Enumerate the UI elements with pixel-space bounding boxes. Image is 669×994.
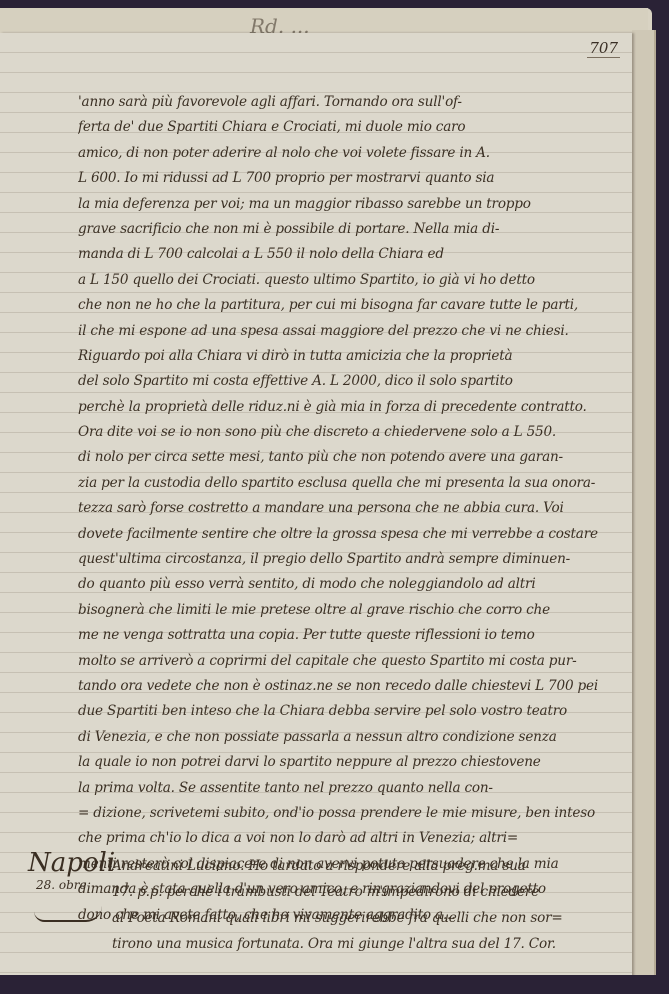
text-line: di Venezia, e che non possiate passarla … — [78, 725, 634, 750]
text-line: molto se arriverò a coprirmi del capital… — [78, 649, 634, 674]
text-line: la mia deferenza per voi; ma un maggior … — [78, 192, 634, 217]
text-line: due Spartiti ben inteso che la Chiara de… — [78, 699, 634, 724]
text-line: Andreatini Luciano. Ho tardato a rispond… — [112, 853, 632, 879]
text-line: tezza sarò forse costretto a mandare una… — [78, 496, 634, 521]
stacked-page-edges — [632, 30, 656, 980]
text-line: la prima volta. Se assentite tanto nel p… — [78, 776, 634, 801]
text-line: zia per la custodia dello spartito esclu… — [78, 471, 634, 496]
new-entry-body: Andreatini Luciano. Ho tardato a rispond… — [112, 853, 632, 957]
text-line: la quale io non potrei darvi lo spartito… — [78, 750, 634, 775]
text-line: bisognerà che limiti le mie pretese oltr… — [78, 598, 634, 623]
text-line: amico, di non poter aderire al nolo che … — [78, 141, 634, 166]
text-line: del solo Spartito mi costa effettive A. … — [78, 369, 634, 394]
flourish-underline — [34, 906, 102, 922]
entry-place: Napoli — [28, 848, 115, 878]
text-line: Ora dite voi se io non sono più che disc… — [78, 420, 634, 445]
text-line: che prima ch'io lo dica a voi non lo dar… — [78, 826, 634, 851]
text-line: grave sacrificio che non mi è possibile … — [78, 217, 634, 242]
text-line: dovete facilmente sentire che oltre la g… — [78, 522, 634, 547]
text-line: il che mi espone ad una spesa assai magg… — [78, 319, 634, 344]
letter-body: 'anno sarà più favorevole agli affari. T… — [78, 90, 634, 928]
text-line: ferta de' due Spartiti Chiara e Crociati… — [78, 115, 634, 140]
page-number: 707 — [587, 39, 620, 58]
text-line: di nolo per circa sette mesi, tanto più … — [78, 445, 634, 470]
text-line: quest'ultima circostanza, il pregio dell… — [78, 547, 634, 572]
text-line: = dizione, scrivetemi subito, ond'io pos… — [78, 801, 634, 826]
text-line: a L 150 quello dei Crociati. questo ulti… — [78, 268, 634, 293]
text-line: manda di L 700 calcolai a L 550 il nolo … — [78, 242, 634, 267]
background-edge — [0, 975, 660, 994]
text-line: do quanto più esso verrà sentito, di mod… — [78, 572, 634, 597]
entry-date: 28. obre — [36, 878, 87, 892]
text-line: Riguardo poi alla Chiara vi dirò in tutt… — [78, 344, 634, 369]
text-line: 'anno sarà più favorevole agli affari. T… — [78, 90, 634, 115]
text-line: perchè la proprietà delle riduz.ni è già… — [78, 395, 634, 420]
text-line: me ne venga sottratta una copia. Per tut… — [78, 623, 634, 648]
text-line: che non ne ho che la partitura, per cui … — [78, 293, 634, 318]
text-line: tando ora vedete che non è ostinaz.ne se… — [78, 674, 634, 699]
text-line: 17. p.p. perchè i trambusti del Teatro m… — [112, 879, 632, 905]
text-line: L 600. Io mi ridussi ad L 700 proprio pe… — [78, 166, 634, 191]
text-line: tirono una musica fortunata. Ora mi giun… — [112, 931, 632, 957]
text-line: al Poeta Romani quali libri mi suggerire… — [112, 905, 632, 931]
